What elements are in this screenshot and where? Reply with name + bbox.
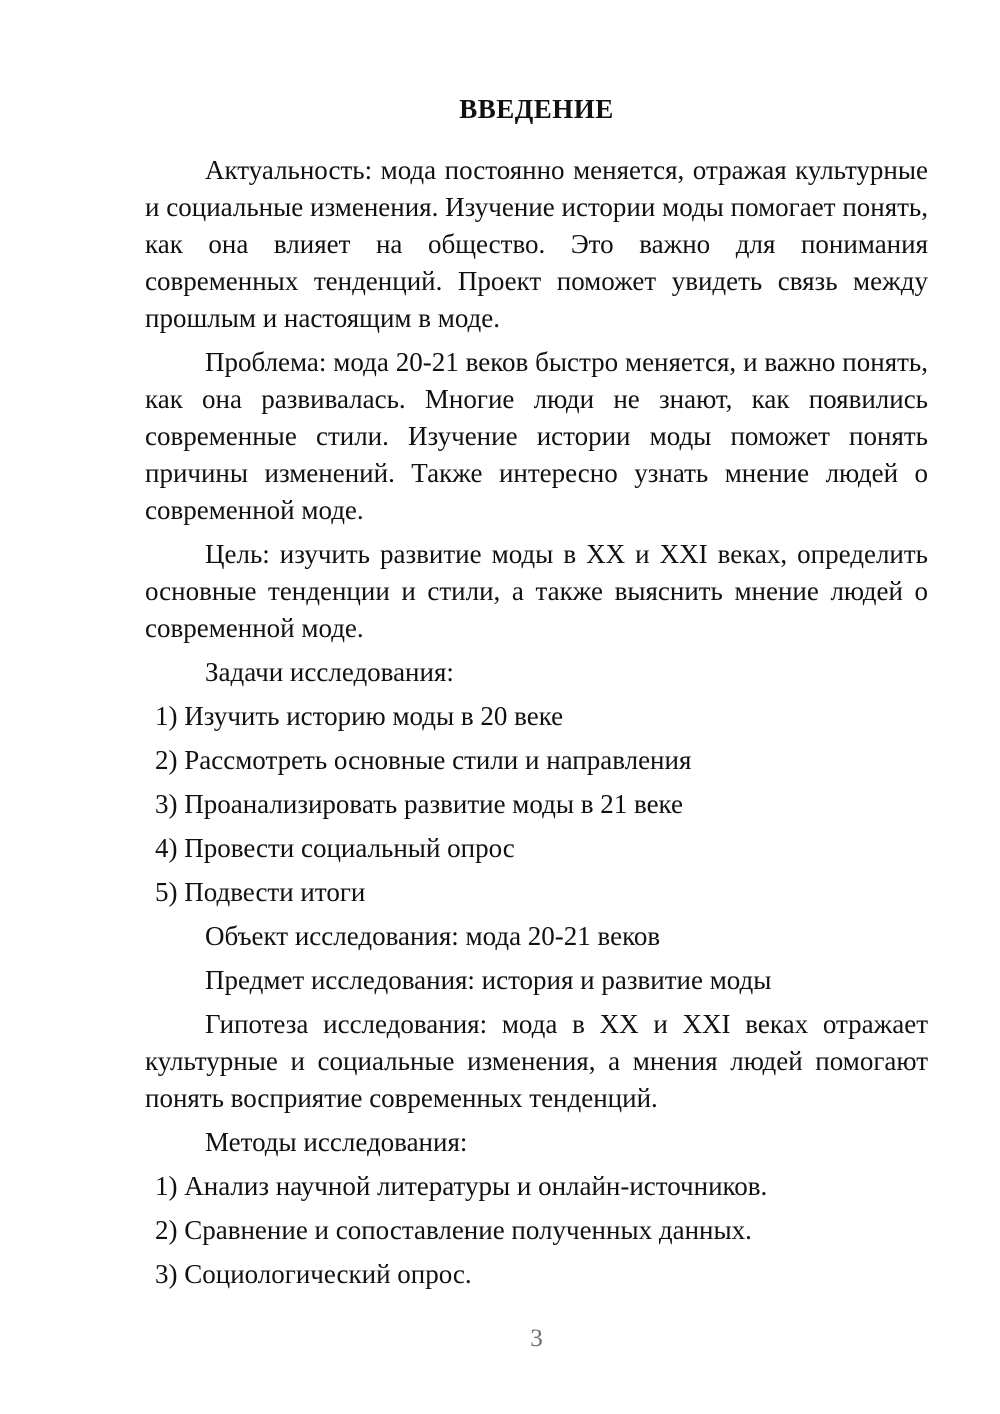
- list-item-method-2: 2) Сравнение и сопоставление полученных …: [155, 1212, 928, 1249]
- paragraph-zadachi-heading: Задачи исследования:: [145, 654, 928, 691]
- paragraph-aktualnost: Актуальность: мода постоянно меняется, о…: [145, 152, 928, 337]
- paragraph-predmet: Предмет исследования: история и развитие…: [145, 962, 928, 999]
- list-item-method-3: 3) Социологический опрос.: [155, 1256, 928, 1293]
- list-item-task-5: 5) Подвести итоги: [155, 874, 928, 911]
- list-item-task-2: 2) Рассмотреть основные стили и направле…: [155, 742, 928, 779]
- list-item-task-1: 1) Изучить историю моды в 20 веке: [155, 698, 928, 735]
- document-page: ВВЕДЕНИЕ Актуальность: мода постоянно ме…: [0, 0, 1000, 1414]
- paragraph-obekt: Объект исследования: мода 20-21 веков: [145, 918, 928, 955]
- list-item-task-4: 4) Провести социальный опрос: [155, 830, 928, 867]
- list-item-task-3: 3) Проанализировать развитие моды в 21 в…: [155, 786, 928, 823]
- paragraph-gipoteza: Гипотеза исследования: мода в XX и XXI в…: [145, 1006, 928, 1117]
- list-item-method-1: 1) Анализ научной литературы и онлайн-ис…: [155, 1168, 928, 1205]
- page-number: 3: [145, 1322, 928, 1356]
- paragraph-problema: Проблема: мода 20-21 веков быстро меняет…: [145, 344, 928, 529]
- paragraph-metody-heading: Методы исследования:: [145, 1124, 928, 1161]
- paragraph-cel: Цель: изучить развитие моды в XX и XXI в…: [145, 536, 928, 647]
- page-title: ВВЕДЕНИЕ: [145, 92, 928, 126]
